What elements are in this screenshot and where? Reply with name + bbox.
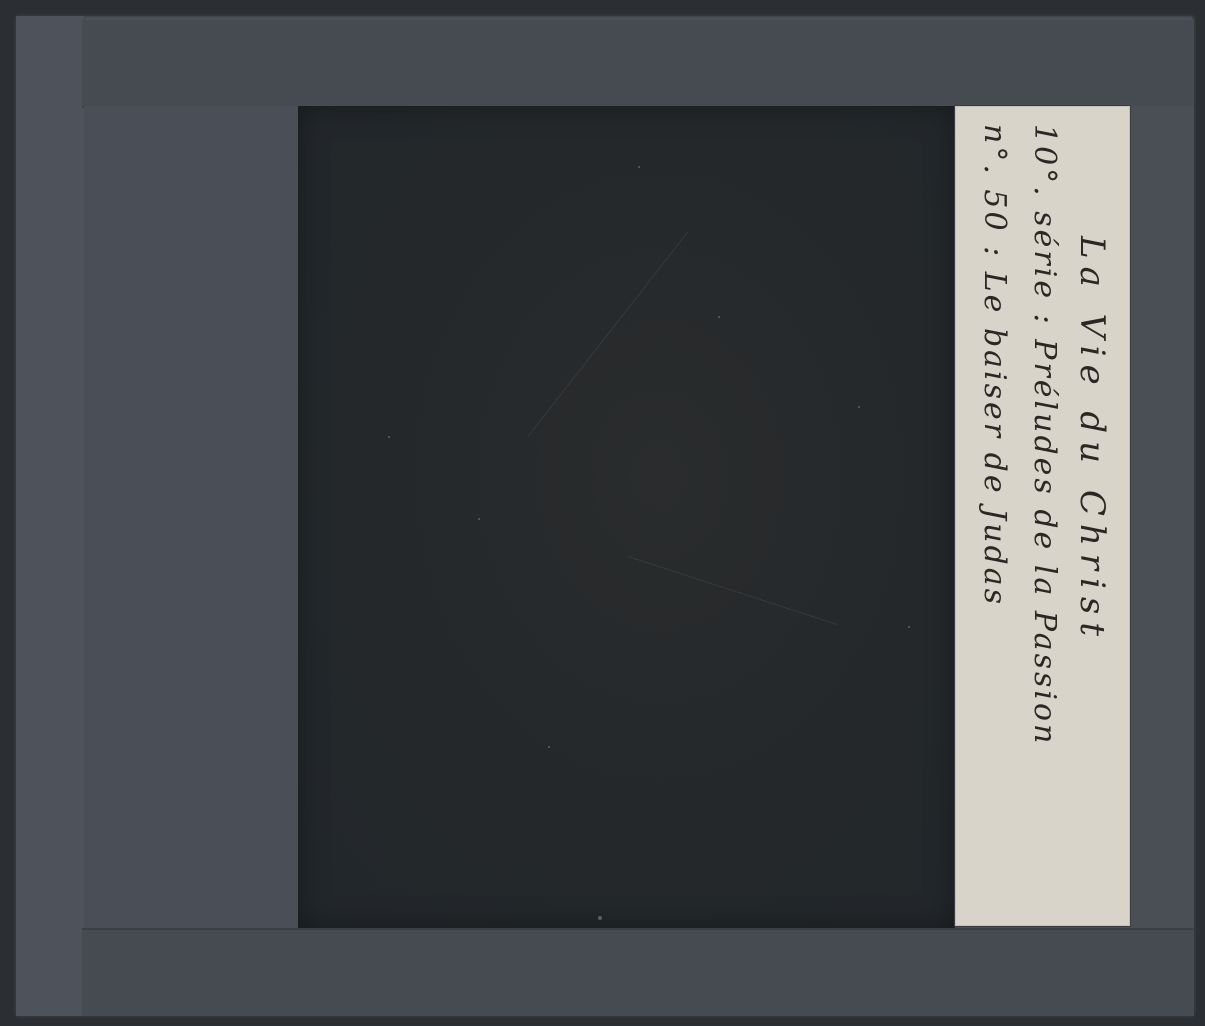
handwritten-label: La Vie du Christ 10°. série : Préludes d…: [955, 106, 1130, 926]
dust-speck: [548, 746, 550, 748]
dust-speck: [388, 436, 390, 438]
label-text-rotated: La Vie du Christ 10°. série : Préludes d…: [955, 106, 1130, 926]
scratch: [528, 231, 689, 436]
dust-speck: [858, 406, 860, 408]
binding-right: [1130, 106, 1194, 928]
dust-speck: [598, 916, 602, 920]
lantern-slide-photo: La Vie du Christ 10°. série : Préludes d…: [0, 0, 1205, 1026]
dust-speck: [908, 626, 910, 628]
binding-bottom: [82, 928, 1194, 1016]
binding-top: [82, 20, 1194, 108]
scratch: [628, 556, 838, 625]
label-title: La Vie du Christ: [1072, 236, 1112, 644]
glass-image-area: [298, 106, 955, 928]
dust-speck: [718, 316, 720, 318]
label-number: n°. 50 : Le baiser de Judas: [977, 124, 1012, 607]
label-series: 10°. série : Préludes de la Passion: [1027, 124, 1062, 746]
binding-left: [16, 16, 85, 1016]
slide-frame: La Vie du Christ 10°. série : Préludes d…: [16, 16, 1194, 1016]
dust-speck: [478, 518, 480, 520]
left-mask: [84, 106, 300, 928]
dust-speck: [638, 166, 640, 168]
